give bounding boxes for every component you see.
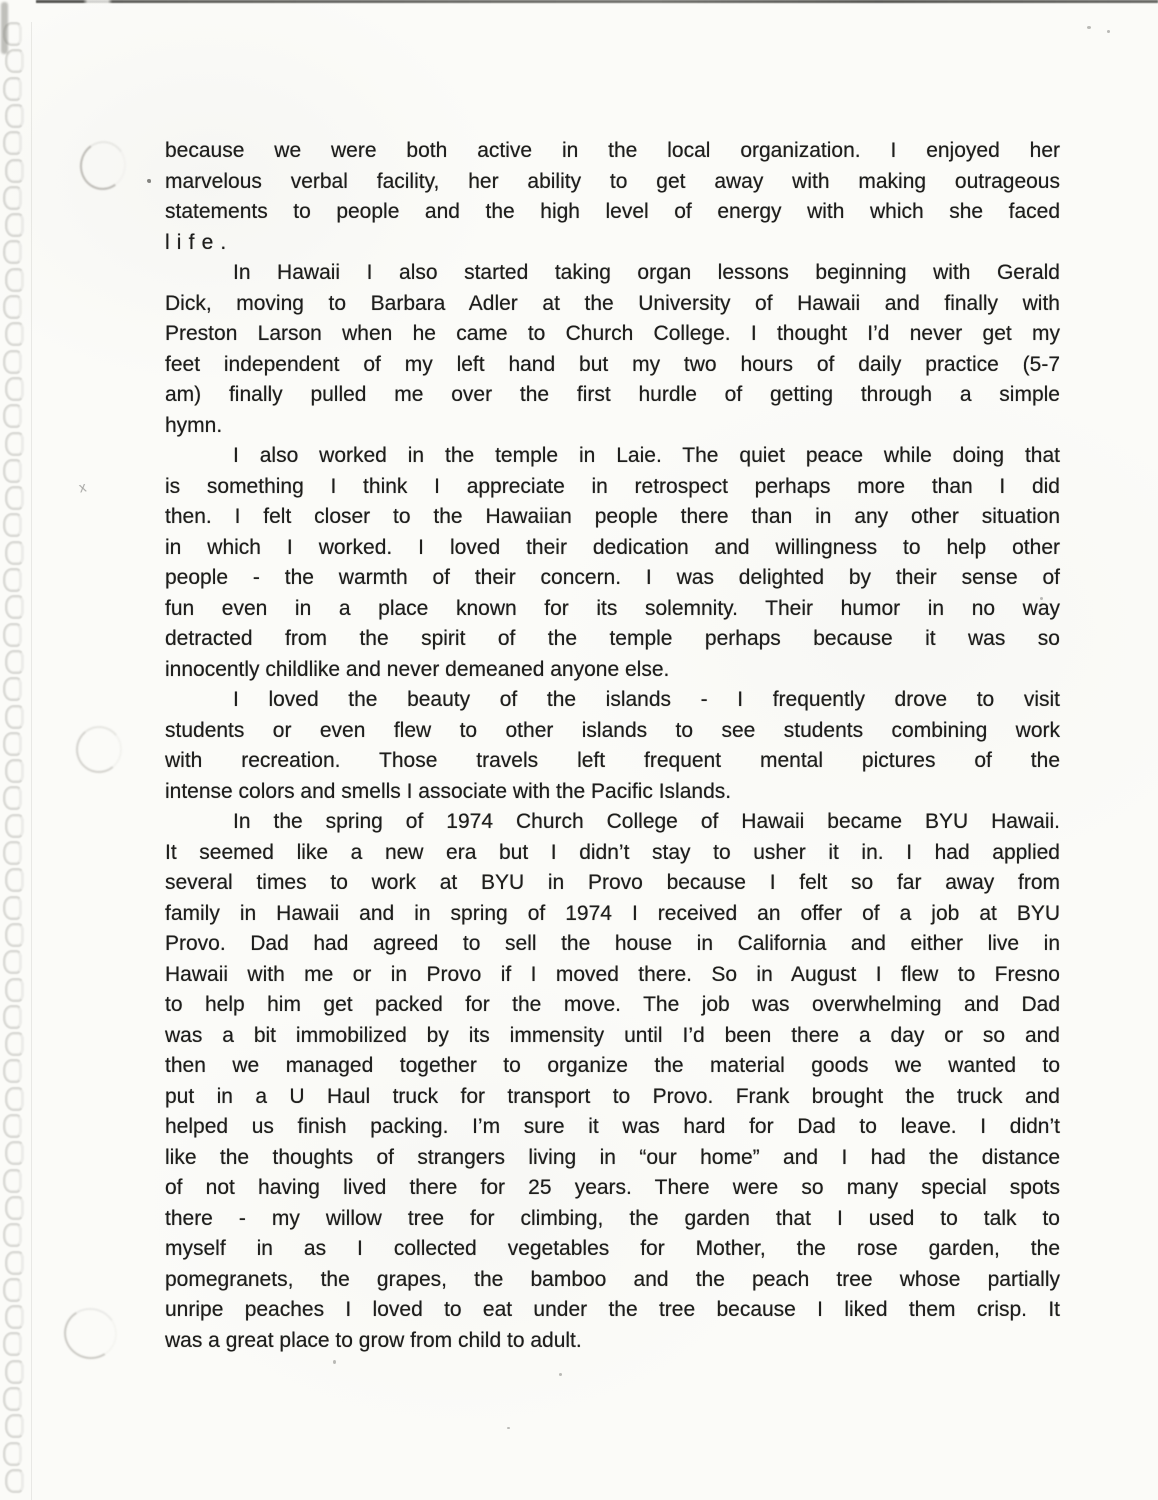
scan-speck (1087, 26, 1091, 29)
binding-perforation-mark (3, 623, 22, 647)
binding-perforation-mark (5, 541, 24, 565)
binding-perforation-mark (3, 1005, 22, 1029)
stray-dot (147, 179, 151, 183)
text-line: myself in as I collected vegetables for … (165, 1234, 1060, 1265)
binding-perforation-mark (5, 1469, 24, 1493)
binding-perforation-mark (3, 404, 22, 428)
binder-hole-mark (74, 724, 125, 776)
binding-perforation-mark (5, 1032, 24, 1056)
binding-perforation-mark (5, 1087, 24, 1111)
binding-perforation-mark (5, 322, 24, 346)
binding-perforation-mark (3, 513, 22, 537)
binding-perforation-mark (5, 268, 24, 292)
text-line: Hawaii with me or in Provo if I moved th… (165, 960, 1060, 991)
binding-perforation-mark (3, 131, 22, 155)
text-line: is something I think I appreciate in ret… (165, 472, 1060, 503)
binder-hole-mark (59, 1303, 121, 1364)
text-line: intense colors and smells I associate wi… (165, 777, 1060, 808)
binding-perforation-mark (5, 213, 24, 237)
text-line: there - my willow tree for climbing, the… (165, 1204, 1060, 1235)
binding-perforation-mark (3, 841, 22, 865)
binding-perforation-mark (5, 595, 24, 619)
binding-perforation-mark (5, 759, 24, 783)
binding-perforation-mark (3, 1442, 22, 1466)
binding-perforation-mark (3, 1332, 22, 1356)
binding-perforation-mark (5, 705, 24, 729)
text-line: like the thoughts of strangers living in… (165, 1143, 1060, 1174)
binding-perforation-mark (3, 240, 22, 264)
text-line: Provo. Dad had agreed to sell the house … (165, 929, 1060, 960)
binding-perforation-mark (5, 923, 24, 947)
binding-perforation-mark (3, 1387, 22, 1411)
scan-edge-line (36, 0, 1158, 3)
text-line: was a bit immobilized by its immensity u… (165, 1021, 1060, 1052)
text-line: Dick, moving to Barbara Adler at the Uni… (165, 289, 1060, 320)
binding-perforation-mark (3, 186, 22, 210)
text-line: pomegranets, the grapes, the bamboo and … (165, 1265, 1060, 1296)
text-line: to help him get packed for the move. The… (165, 990, 1060, 1021)
binding-perforation-mark (5, 814, 24, 838)
text-line: In the spring of 1974 Church College of … (165, 807, 1060, 838)
binding-perforation-mark (3, 295, 22, 319)
binder-hole-mark (76, 137, 130, 193)
binding-perforation-mark (3, 1059, 22, 1083)
text-line: In Hawaii I also started taking organ le… (165, 258, 1060, 289)
binding-perforation-mark (5, 978, 24, 1002)
binding-perforation-mark (5, 1305, 24, 1329)
binding-perforation-mark (3, 568, 22, 592)
text-line: statements to people and the high level … (165, 197, 1060, 228)
text-line: innocently childlike and never demeaned … (165, 655, 1060, 686)
text-line: with recreation. Those travels left freq… (165, 746, 1060, 777)
text-line: then we managed together to organize the… (165, 1051, 1060, 1082)
binding-perforation-mark (5, 1141, 24, 1165)
scan-speck (507, 1427, 510, 1429)
scanned-page: x because we were both active in the loc… (0, 0, 1158, 1500)
binding-perforation-mark (3, 350, 22, 374)
text-line: hymn. (165, 411, 1060, 442)
text-line: of not having lived there for 25 years. … (165, 1173, 1060, 1204)
binding-perforation-mark (3, 1169, 22, 1193)
pencil-x-mark: x (77, 478, 87, 495)
binding-perforation-mark (3, 77, 22, 101)
binding-perforation-mark (5, 159, 24, 183)
binding-perforation-mark (3, 1114, 22, 1138)
text-line: in which I worked. I loved their dedicat… (165, 533, 1060, 564)
binding-perforation-mark (5, 486, 24, 510)
text-line: fun even in a place known for its solemn… (165, 594, 1060, 625)
text-line: students or even flew to other islands t… (165, 716, 1060, 747)
binding-perforation-mark (5, 49, 24, 73)
text-line: marvelous verbal facility, her ability t… (165, 167, 1060, 198)
binding-perforation-mark (3, 786, 22, 810)
document-text: because we were both active in the local… (165, 136, 1060, 1356)
binding-perforation-mark (5, 377, 24, 401)
text-line: I loved the beauty of the islands - I fr… (165, 685, 1060, 716)
text-line: Preston Larson when he came to Church Co… (165, 319, 1060, 350)
text-line: put in a U Haul truck for transport to P… (165, 1082, 1060, 1113)
binding-perforation-mark (5, 1251, 24, 1275)
text-line: because we were both active in the local… (165, 136, 1060, 167)
binding-perforation-mark (3, 732, 22, 756)
binding-perforation-mark (5, 1360, 24, 1384)
binding-perforation-mark (3, 950, 22, 974)
text-line: then. I felt closer to the Hawaiian peop… (165, 502, 1060, 533)
binding-perforation-mark (3, 677, 22, 701)
binding-perforation-mark (3, 1223, 22, 1247)
text-line: detracted from the spirit of the temple … (165, 624, 1060, 655)
text-line: life. (165, 228, 1060, 259)
text-line: unripe peaches I loved to eat under the … (165, 1295, 1060, 1326)
binding-perforation-mark (5, 1414, 24, 1438)
scan-speck (559, 1373, 562, 1376)
binding-perforation-mark (5, 650, 24, 674)
text-line: I also worked in the temple in Laie. The… (165, 441, 1060, 472)
text-line: was a great place to grow from child to … (165, 1326, 1060, 1357)
scan-speck (1107, 30, 1110, 33)
text-line: people - the warmth of their concern. I … (165, 563, 1060, 594)
binding-perforation-mark (3, 1278, 22, 1302)
binding-perforation-mark (3, 896, 22, 920)
text-line: It seemed like a new era but I didn’t st… (165, 838, 1060, 869)
binding-perforation-mark (5, 432, 24, 456)
text-line: family in Hawaii and in spring of 1974 I… (165, 899, 1060, 930)
binding-perforation-mark (5, 104, 24, 128)
scan-speck (333, 1360, 336, 1364)
text-line: several times to work at BYU in Provo be… (165, 868, 1060, 899)
text-line: feet independent of my left hand but my … (165, 350, 1060, 381)
binding-perforation-mark (3, 459, 22, 483)
binding-perforation-mark (3, 22, 22, 46)
text-line: helped us finish packing. I’m sure it wa… (165, 1112, 1060, 1143)
binding-perforation-mark (5, 868, 24, 892)
spiral-binding-perforations (0, 22, 34, 1500)
binding-perforation-mark (5, 1196, 24, 1220)
text-line: am) finally pulled me over the first hur… (165, 380, 1060, 411)
